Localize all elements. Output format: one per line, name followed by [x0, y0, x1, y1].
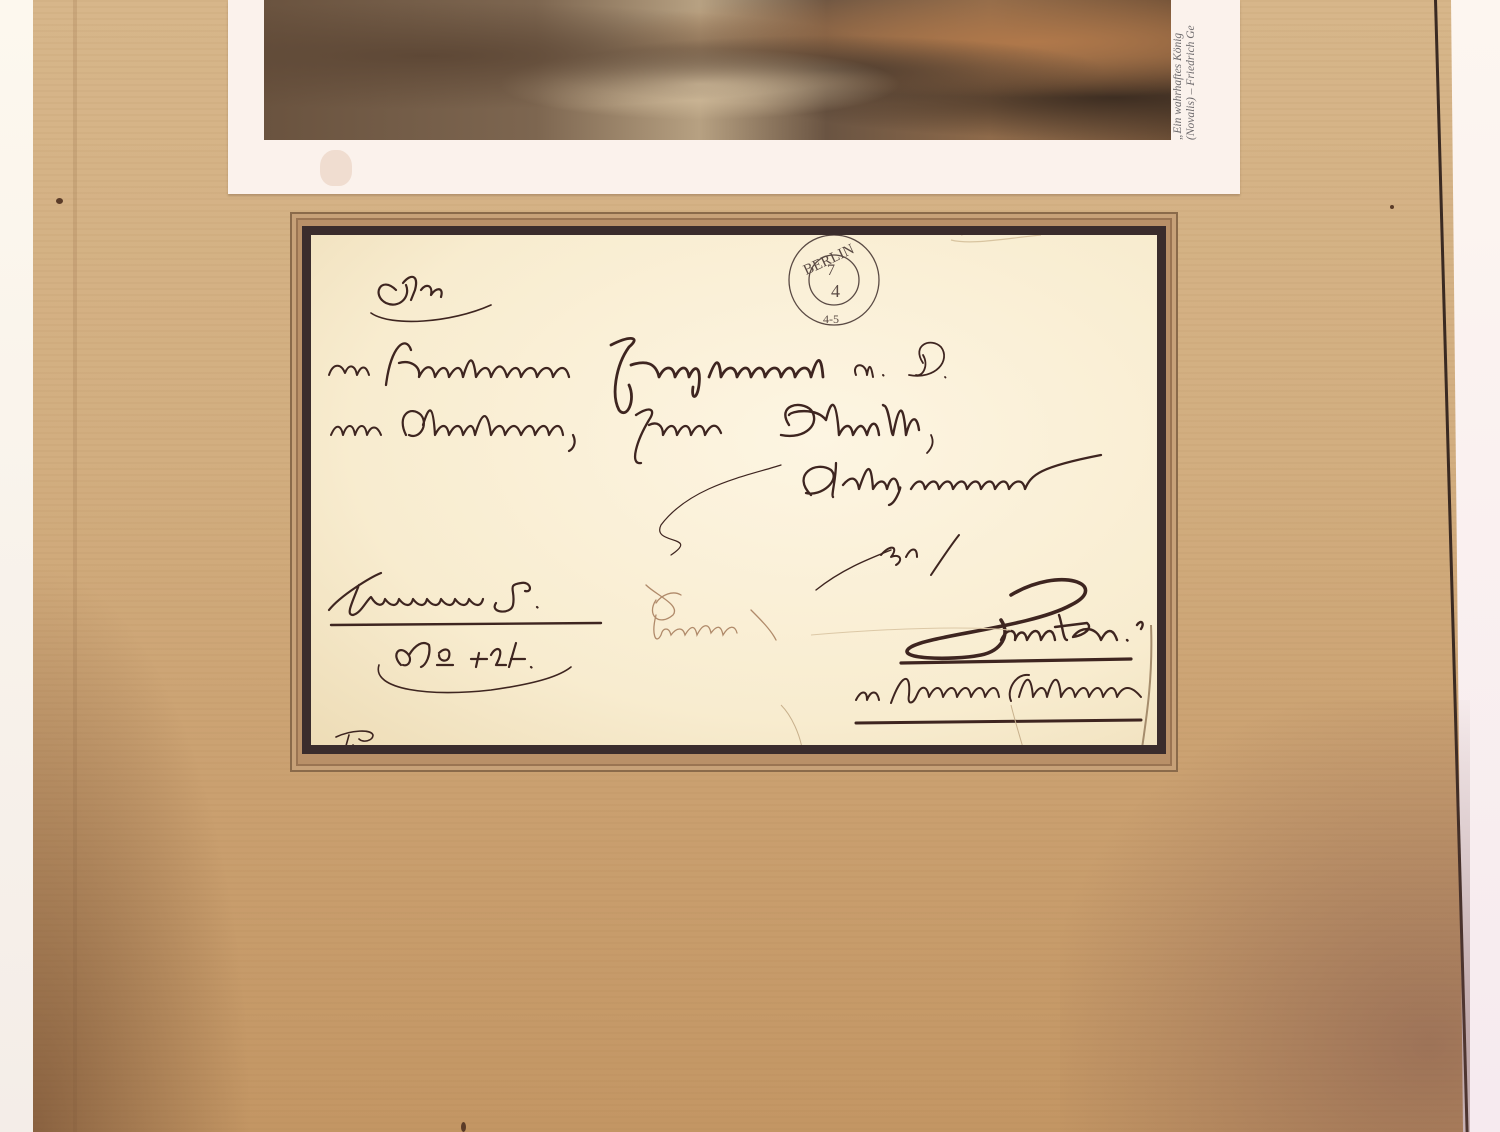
caption-line-1: „Ein wahrhaftes König [1172, 0, 1185, 140]
berlin-postmark: BERLIN 7 4 4-5 [789, 235, 879, 326]
handwriting-layer: BERLIN 7 4 4-5 Ala [311, 235, 1161, 754]
clipping-caption: „Ein wahrhaftes König (Novalis) – Friedr… [1172, 0, 1198, 140]
destination: Santen. [311, 235, 1143, 663]
letter-mount: BERLIN 7 4 4-5 Ala [290, 212, 1178, 772]
board-speck [56, 198, 63, 204]
postmark-month: 4 [831, 281, 840, 301]
address-line-3: Wohlgeboren [311, 235, 1101, 555]
caption-line-2: (Novalis) – Friedrich Ge [1185, 0, 1198, 140]
board-speck [461, 1122, 466, 1132]
letter-envelope: BERLIN 7 4 4-5 Ala [311, 235, 1157, 745]
letter-frame: BERLIN 7 4 4-5 Ala [302, 226, 1166, 754]
album-page-crease [73, 0, 77, 1132]
pencil-note: Lagerort [311, 235, 776, 640]
clipping-stain [320, 150, 352, 186]
left-note: Kombus S. No 424. [311, 235, 601, 693]
landscape-clipping: „Ein wahrhaftes König (Novalis) – Friedr… [228, 0, 1240, 194]
address-line-2: und Oberförster, Herrn Schmidt, [311, 235, 933, 463]
postmark-time: 4-5 [823, 312, 839, 326]
corner-mark: F. [311, 235, 373, 753]
region: in Hinter Schlesien [311, 235, 1141, 723]
board-speck [1390, 205, 1394, 209]
postmark-day: 7 [827, 262, 835, 279]
landscape-painting [264, 0, 1171, 140]
salutation: Ala [311, 235, 491, 321]
